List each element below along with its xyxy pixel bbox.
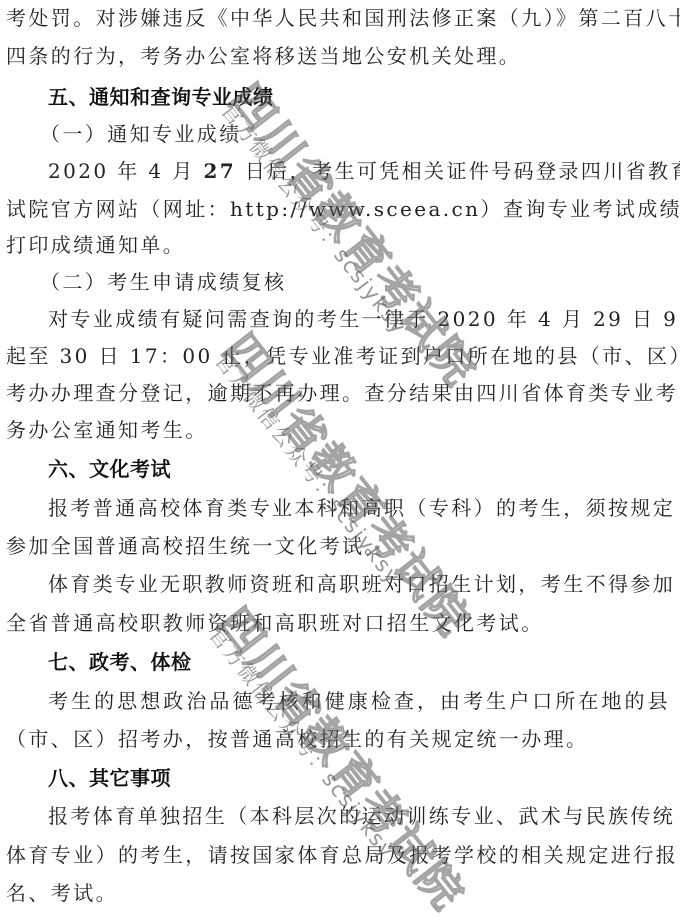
subsection-heading: （二）考生申请成绩复核: [40, 269, 680, 295]
paragraph-line: 考生的思想政治品德考核和健康检查，由考生户口所在地的县: [48, 688, 670, 714]
section-heading-8: 八、其它事项: [48, 765, 680, 791]
watermark-title: 四川省教育考试院: [206, 592, 483, 921]
paragraph-line: 体育专业）的考生，请按国家体育总局及报考学校的相关规定进行报: [6, 842, 670, 868]
section-heading-6: 六、文化考试: [48, 456, 680, 482]
paragraph-line: 四条的行为，考务办公室将移送当地公安机关处理。: [6, 43, 670, 69]
paragraph-line: （市、区）招考办，按普通高校招生的有关规定统一办理。: [6, 726, 670, 752]
paragraph-line: 务办公室通知考生。: [6, 417, 670, 443]
paragraph-line: 对专业成绩有疑问需查询的考生一律于 2020 年 4 月 29 日 9:00: [48, 306, 670, 332]
paragraph-line-url: 试院官方网站（网址：http://www.sceea.cn）查询专业考试成绩，并: [6, 196, 670, 222]
document-page: 考处罚。对涉嫌违反《中华人民共和国刑法修正案（九）》第二百八十 四条的行为，考务…: [0, 0, 680, 921]
paragraph-line: 参加全国普通高校招生统一文化考试。: [6, 533, 670, 559]
subsection-heading: （一）通知专业成绩: [40, 121, 680, 147]
paragraph-line: 报考体育单独招生（本科层次的运动训练专业、武术与民族传统: [48, 803, 670, 829]
paragraph-line: 2020 年 4 月 27 日后，考生可凭相关证件号码登录四川省教育考: [48, 158, 670, 184]
paragraph-line: 体育类专业无职教师资班和高职班对口招生计划，考生不得参加: [48, 571, 670, 597]
paragraph-line: 起至 30 日 17：00 止，凭专业准考证到户口所在地的县（市、区）招: [6, 343, 670, 369]
paragraph-line: 报考普通高校体育类专业本科和高职（专科）的考生，须按规定: [48, 495, 670, 521]
paragraph-line: 打印成绩通知单。: [6, 232, 670, 258]
paragraph-line: 考处罚。对涉嫌违反《中华人民共和国刑法修正案（九）》第二百八十: [6, 5, 670, 31]
paragraph-line: 考办办理查分登记，逾期不再办理。查分结果由四川省体育类专业考: [6, 380, 670, 406]
paragraph-line: 名、考试。: [6, 880, 670, 906]
section-heading-7: 七、政考、体检: [48, 649, 680, 675]
paragraph-line: 全省普通高校职教师资班和高职班对口招生文化考试。: [6, 610, 670, 636]
section-heading-5: 五、通知和查询专业成绩: [48, 84, 680, 110]
